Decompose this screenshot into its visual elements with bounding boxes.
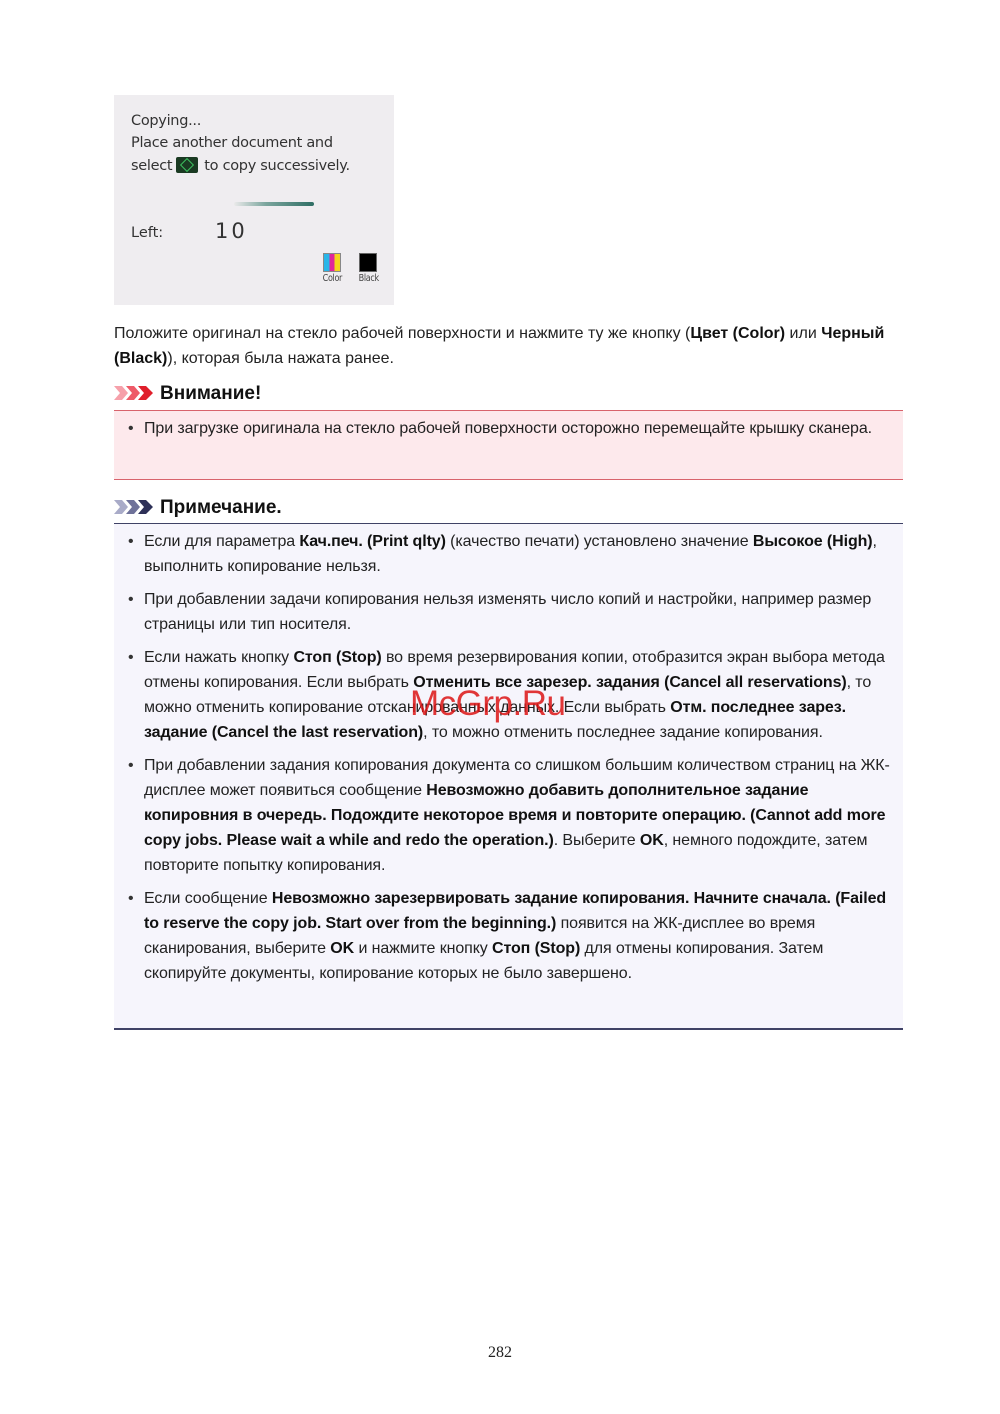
copies-left-value: 10	[215, 219, 248, 243]
lcd-instruction-line: Place another document and	[131, 135, 333, 151]
triple-chevron-icon	[114, 499, 154, 521]
page-number: 282	[0, 1344, 1000, 1362]
list-item: При загрузке оригинала на стекло рабочей…	[114, 416, 903, 441]
copies-left-label: Left:	[131, 225, 163, 241]
list-item: При добавлении задания копирования докум…	[114, 753, 903, 878]
lcd-instruction-line: selectto copy successively.	[131, 157, 350, 174]
progress-indicator	[234, 202, 314, 206]
lcd-status-text: Copying...	[131, 113, 201, 129]
intro-paragraph: Положите оригинал на стекло рабочей пове…	[114, 321, 894, 371]
lcd-screen-image: Copying... Place another document and se…	[114, 95, 394, 305]
note-box: Если для параметра Кач.печ. (Print qlty)…	[114, 523, 903, 1030]
list-item: Если для параметра Кач.печ. (Print qlty)…	[114, 529, 903, 579]
list-item: Если сообщение Невозможно зарезервироват…	[114, 886, 903, 986]
note-heading: Примечание.	[114, 497, 282, 521]
caution-box: При загрузке оригинала на стекло рабочей…	[114, 410, 903, 480]
list-item: При добавлении задачи копирования нельзя…	[114, 587, 903, 637]
start-diamond-icon	[176, 157, 198, 173]
list-item: Если нажать кнопку Стоп (Stop) во время …	[114, 645, 903, 745]
color-ink-icon	[323, 253, 341, 272]
black-ink-indicator: Black	[357, 253, 379, 284]
black-ink-icon	[359, 253, 377, 272]
color-ink-indicator: Color	[321, 253, 343, 284]
caution-heading: Внимание!	[114, 383, 261, 407]
triple-chevron-icon	[114, 385, 154, 407]
